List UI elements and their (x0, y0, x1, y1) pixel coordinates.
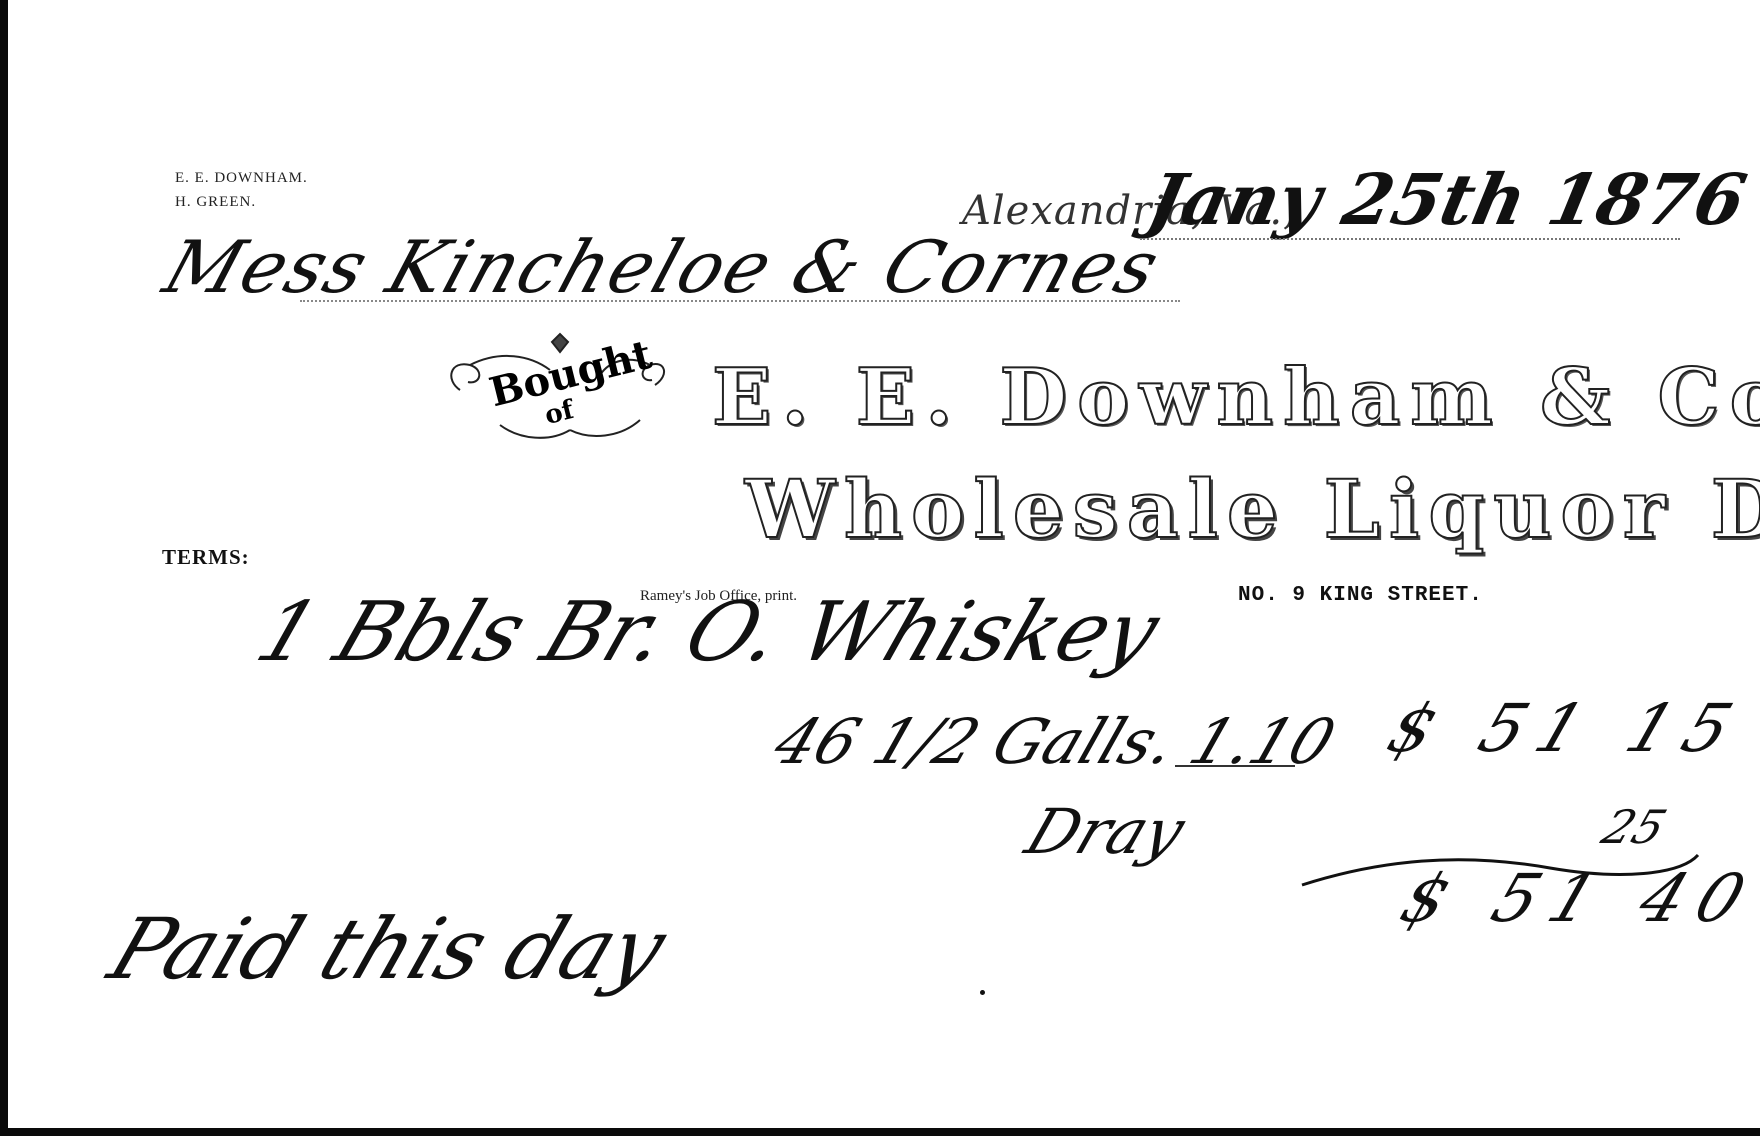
line-item-amount: $ 51 15 (1378, 690, 1756, 767)
scan-border-bottom (0, 1128, 1760, 1136)
partner-name: H. GREEN. (175, 190, 308, 214)
ink-dot (980, 990, 985, 995)
invoice-total: $ 51 40 (1391, 860, 1760, 937)
bought-of-ornament: Bought of (440, 330, 675, 450)
paid-note: Paid this day (97, 900, 679, 998)
partner-name: E. E. DOWNHAM. (175, 166, 308, 190)
dray-amount: 25 (1595, 800, 1673, 854)
terms-label: TERMS: (162, 545, 250, 570)
scan-border-left (0, 0, 8, 1136)
recipient-name: Mess Kincheloe & Cornes (154, 225, 1171, 309)
line-item-description: 1 Bbls Br. O. Whiskey (245, 585, 1172, 680)
line-item-detail: 46 1/2 Galls. 1.10 (765, 705, 1345, 778)
street-address: NO. 9 KING STREET. (1238, 584, 1483, 607)
partner-names: E. E. DOWNHAM. H. GREEN. (175, 166, 308, 214)
recipient-dotted-line (300, 300, 1180, 302)
date-dotted-line (1140, 238, 1680, 240)
invoice-date: Jany 25th 1876 (1141, 158, 1753, 241)
firm-name: E. E. Downham & Co., (712, 352, 1760, 443)
line-item-dray: Dray (1017, 795, 1195, 868)
detail-underline (1175, 765, 1295, 767)
trade-description: Wholesale Liquor Dealers, (745, 462, 1760, 556)
